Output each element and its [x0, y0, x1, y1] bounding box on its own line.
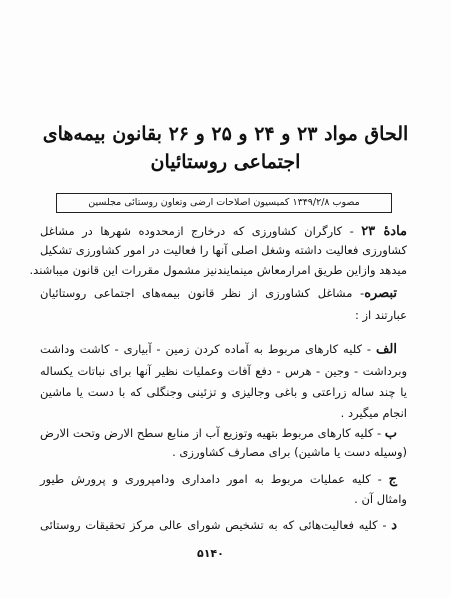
clause-dal-line-1: د - کلیه فعالیت‌هائی که به تشخیص شورای ع…: [40, 516, 397, 535]
article-23-line-2: کشاورزی فعالیت داشته وشغل اصلی آنها را ف…: [40, 241, 407, 259]
page-number: ۵۱۴۰: [197, 547, 224, 561]
clause-jim-line-1: ج - کلیه عملیات مربوط به امور دامداری ود…: [40, 470, 397, 489]
clause-alef-line-1: الف - کلیه کارهای مربوط به آماده کردن زم…: [40, 340, 397, 359]
clause-be-line-1: ب - کلیه کارهای مربوط بتهیه وتوزیع آب از…: [40, 424, 397, 443]
article-23-line-3: میدهد وازاین طریق امرارمعاش مینمایندنیز …: [40, 261, 407, 279]
note-label: تبصره: [364, 286, 397, 301]
clause-be-label: ب: [385, 426, 397, 441]
clause-be-text-1: - کلیه کارهای مربوط بتهیه وتوزیع آب از م…: [40, 426, 385, 440]
clause-jim-line-2: وامثال آن .: [40, 490, 407, 508]
clause-dal-label: د: [391, 518, 397, 533]
article-23-line-1: مادهٔ ۲۳ - کارگران کشاورزی که درخارج ازم…: [40, 222, 407, 241]
clause-jim-text-1: - کلیه عملیات مربوط به امور دامداری ودام…: [40, 472, 389, 486]
document-page: الحاق مواد ۲۳ و ۲۴ و ۲۵ و ۲۶ بقانون بیمه…: [0, 0, 451, 598]
clause-be-line-2: (وسیله دست یا ماشین) برای مصارف کشاورزی …: [40, 443, 407, 461]
article-23-label: مادهٔ ۲۳: [361, 224, 407, 239]
document-title-line-2: اجتماعی روستائیان: [30, 151, 421, 173]
clause-jim-label: ج: [389, 472, 397, 487]
note-text-1: - مشاغل کشاورزی از نظر قانون بیمه‌های اج…: [40, 286, 364, 300]
clause-alef-line-4: انجام میگیرد .: [40, 404, 407, 422]
article-23-text-1: - کارگران کشاورزی که درخارج ازمحدوده شهر…: [40, 224, 361, 238]
clause-alef-label: الف: [376, 342, 397, 357]
note-line-2: عبارتند از :: [40, 306, 407, 324]
note-line-1: تبصره- مشاغل کشاورزی از نظر قانون بیمه‌ه…: [40, 284, 397, 303]
clause-alef-text-1: - کلیه کارهای مربوط به آماده کردن زمین -…: [40, 342, 376, 356]
document-title-line-1: الحاق مواد ۲۳ و ۲۴ و ۲۵ و ۲۶ بقانون بیمه…: [30, 123, 421, 145]
clause-alef-line-2: وبرداشت - وجین - هرس - دفع آفات وعملیات …: [40, 362, 407, 380]
clause-alef-line-3: یا چند ساله زراعتی و باغی وجالیزی و تزئی…: [40, 383, 407, 401]
clause-dal-text-1: - کلیه فعالیت‌هائی که به تشخیص شورای عال…: [40, 518, 391, 532]
approval-note-box: مصوب ۱۳۴۹/۲/۸ کمیسیون اصلاحات ارضی وتعاو…: [56, 193, 392, 213]
